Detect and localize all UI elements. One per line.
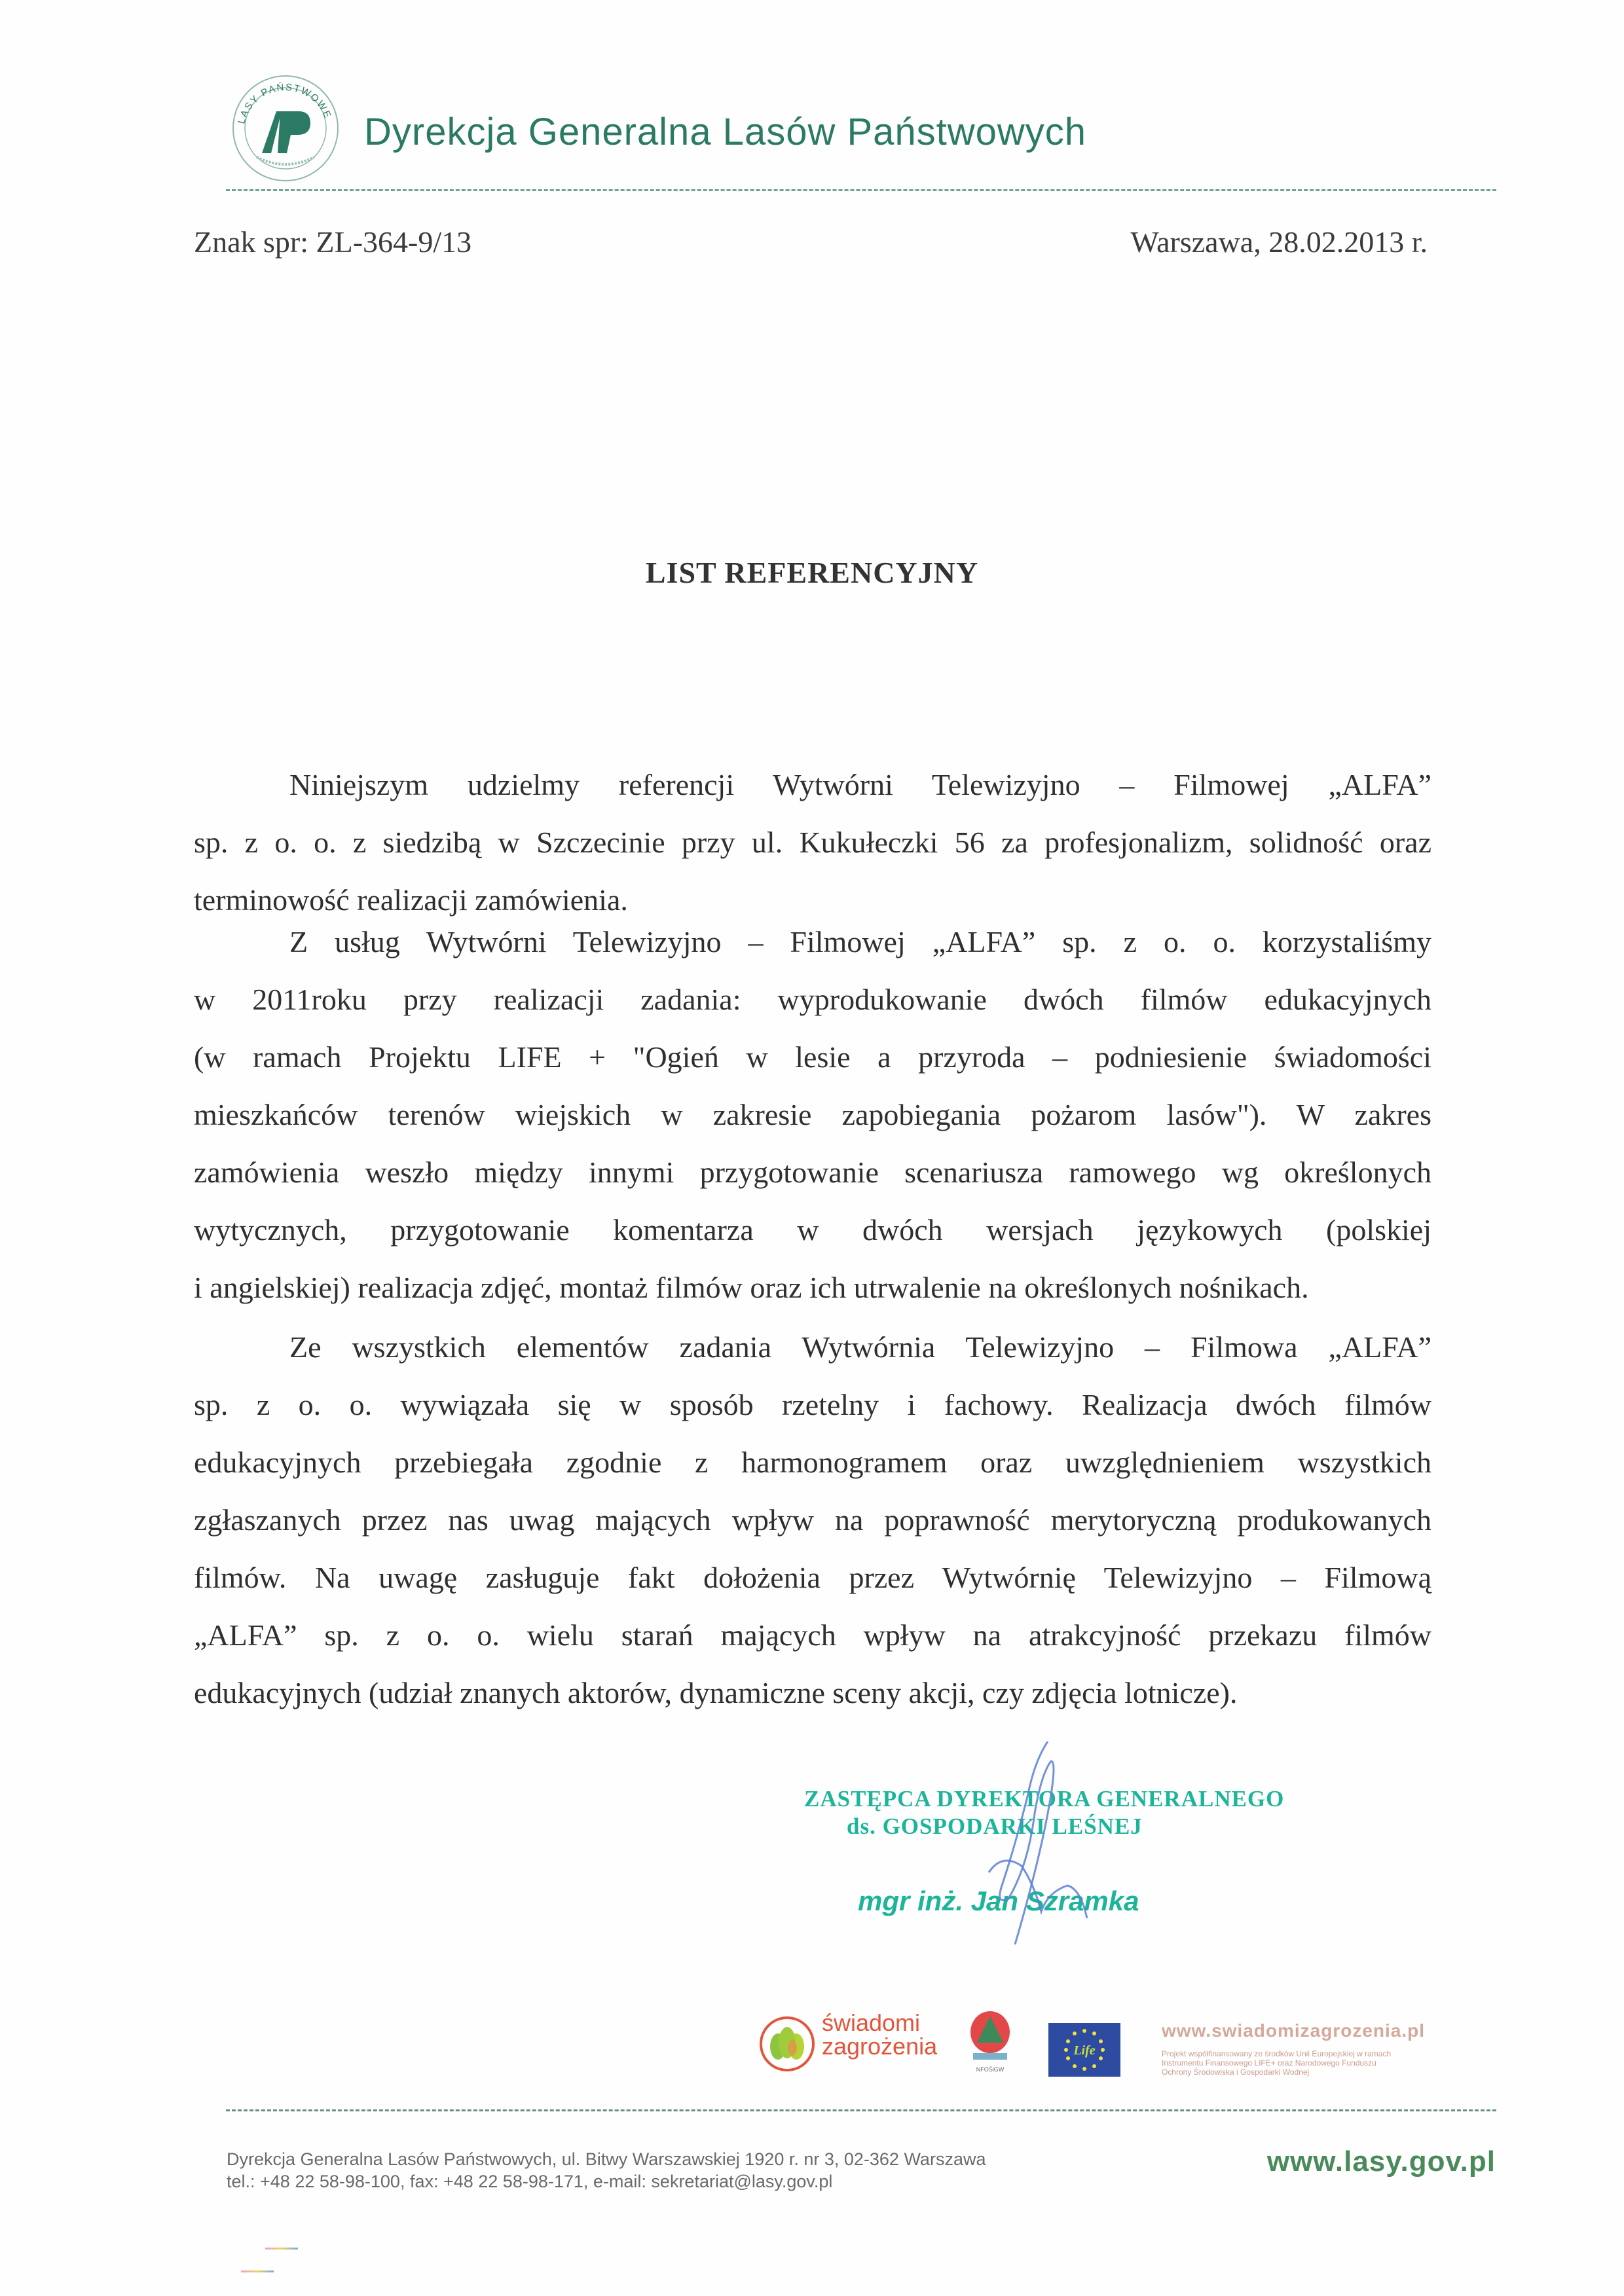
footer-divider: [226, 2109, 1496, 2111]
scan-artifact: [241, 2270, 274, 2272]
swiadomi-zagrozenia-logo-icon: [758, 2015, 816, 2073]
text-line: sp. z o. o. z siedzibą w Szczecinie przy…: [194, 814, 1431, 871]
lasy-panstwowe-logo-icon: LASY PAŃSTWOWE: [231, 73, 341, 183]
organization-name: Dyrekcja Generalna Lasów Państwowych: [364, 110, 1086, 154]
paragraph-3: Ze wszystkich elementów zadania Wytwórni…: [194, 1319, 1431, 1722]
text-line: edukacyjnych (udział znanych aktorów, dy…: [194, 1664, 1431, 1722]
text-line: Niniejszym udzielmy referencji Wytwórni …: [194, 756, 1431, 814]
paragraph-1: Niniejszym udzielmy referencji Wytwórni …: [194, 756, 1431, 929]
header-divider: [226, 189, 1496, 191]
text-line: i angielskiej) realizacja zdjęć, montaż …: [194, 1259, 1431, 1317]
case-reference: Znak spr: ZL-364-9/13: [194, 225, 471, 259]
project-funding-note: Projekt współfinansowany ze środków Unii…: [1162, 2049, 1391, 2077]
text-line: filmów. Na uwagę zasługuje fakt dołożeni…: [194, 1549, 1431, 1607]
project-website[interactable]: www.swiadomizagrozenia.pl: [1162, 2020, 1425, 2041]
paragraph-2: Z usług Wytwórni Telewizyjno – Filmowej …: [194, 913, 1431, 1317]
text-line: w 2011roku przy realizacji zadania: wypr…: [194, 971, 1431, 1029]
sponsor-logos: świadomi zagrożenia NFOŚiGW Life www.swi…: [0, 2003, 1624, 2088]
document-title: LIST REFERENCYJNY: [0, 555, 1624, 590]
text-line: edukacyjnych przebiegała zgodnie z harmo…: [194, 1434, 1431, 1491]
svg-text:NFOŚiGW: NFOŚiGW: [976, 2066, 1005, 2073]
letter-page: LASY PAŃSTWOWE Dyrekcja Generalna Lasów …: [0, 0, 1624, 2296]
footer-website[interactable]: www.lasy.gov.pl: [1267, 2145, 1496, 2178]
svg-text:Life: Life: [1073, 2043, 1095, 2058]
handwritten-signature-icon: [936, 1735, 1107, 1958]
text-line: mieszkańców terenów wiejskich w zakresie…: [194, 1086, 1431, 1144]
nfosigw-logo-icon: NFOŚiGW: [969, 2010, 1011, 2075]
text-line: zamówienia weszło między innymi przygoto…: [194, 1144, 1431, 1201]
text-line: Ze wszystkich elementów zadania Wytwórni…: [194, 1319, 1431, 1376]
text-line: wytycznych, przygotowanie komentarza w d…: [194, 1201, 1431, 1259]
scan-artifact: [265, 2248, 298, 2250]
campaign-name: świadomi zagrożenia: [822, 2011, 937, 2058]
eu-life-flag-icon: Life: [1048, 2023, 1120, 2077]
text-line: sp. z o. o. wywiązała się w sposób rzete…: [194, 1376, 1431, 1434]
text-line: (w ramach Projektu LIFE + "Ogień w lesie…: [194, 1029, 1431, 1086]
place-and-date: Warszawa, 28.02.2013 r.: [1130, 225, 1428, 259]
footer-address: Dyrekcja Generalna Lasów Państwowych, ul…: [227, 2149, 986, 2170]
text-line: Z usług Wytwórni Telewizyjno – Filmowej …: [194, 913, 1431, 971]
text-line: zgłaszanych przez nas uwag mających wpły…: [194, 1491, 1431, 1549]
text-line: „ALFA” sp. z o. o. wielu starań mających…: [194, 1607, 1431, 1664]
footer-contact: tel.: +48 22 58-98-100, fax: +48 22 58-9…: [227, 2172, 832, 2192]
